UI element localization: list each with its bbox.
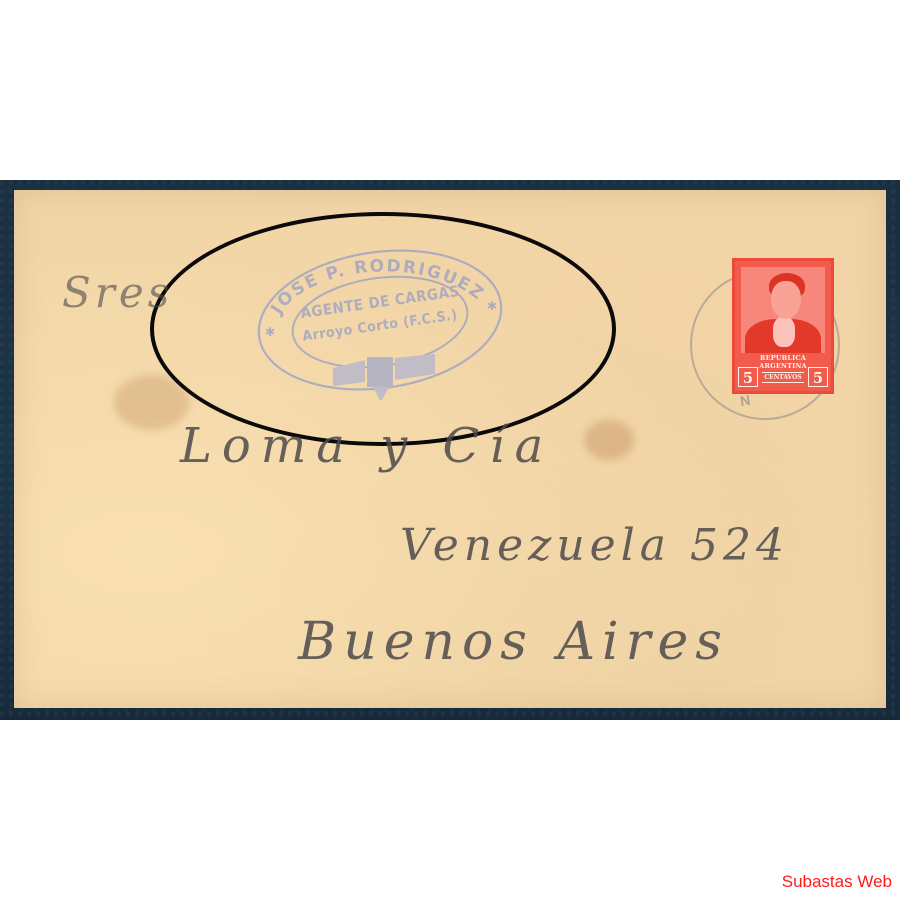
postage-stamp: REPUBLICA ARGENTINA 5 CENTAVOS 5 xyxy=(732,258,834,394)
watermark: Subastas Web xyxy=(782,872,892,892)
stamp-portrait xyxy=(741,267,825,353)
annotation-oval xyxy=(150,212,616,446)
stamp-value-left: 5 xyxy=(738,367,758,387)
stamp-value-row: 5 CENTAVOS 5 xyxy=(738,366,828,388)
handwritten-salutation: Sres xyxy=(62,268,173,317)
stamp-denomination: CENTAVOS xyxy=(762,372,803,383)
stamp-value-right: 5 xyxy=(808,367,828,387)
photo-stage: JOSE P. RODRIGUEZ ✱ ✱ AGENTE DE CARGAS A… xyxy=(0,0,900,900)
handwritten-city: Buenos Aires xyxy=(298,612,729,672)
handwritten-street: Venezuela 524 xyxy=(400,520,789,571)
paper-stain xyxy=(584,420,634,460)
handwritten-addressee: Loma y Cía xyxy=(180,418,553,474)
